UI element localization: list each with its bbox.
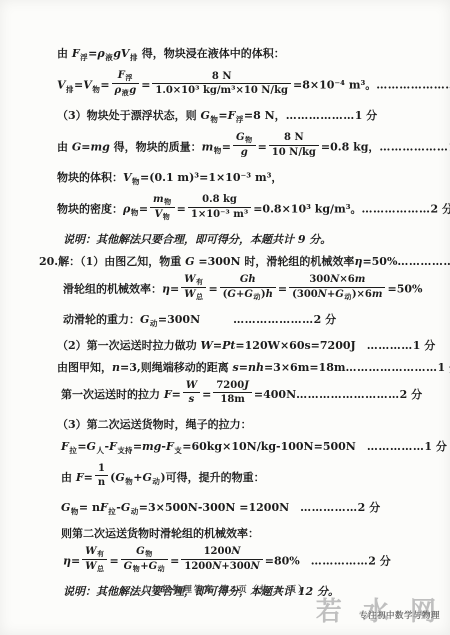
dots-leader: ………… [367,339,413,352]
subscript: 排 [130,53,138,62]
answer-line-11: （2）第一次运送时拉力做功 W=Pt=120W×60s=7200J …………1 … [57,338,438,353]
text: （2）第一次运送时拉力做功 [57,339,200,352]
math-var: ρ [115,85,122,96]
text: 由 [57,47,72,60]
answer-line-13: 第一次运送时的拉力 F=Ws=7200J18m=400N………………………2 分 [61,382,438,408]
math-var: m [372,289,383,300]
math-var: V [154,209,162,220]
math-var: h [266,289,273,300]
fraction-denominator: 10 N/kg [269,146,319,159]
text: = [278,282,287,295]
text: = [139,202,148,215]
dots-leader: ……………… [379,140,448,153]
subscript: 浮 [80,53,88,62]
text: 1200 [204,546,232,557]
fraction: 300N×6m(300N+G动)×6m [289,274,385,301]
math-var: ρ [123,202,130,215]
subscript: 物 [210,115,218,124]
subscript: 物 [132,177,140,186]
math-var: G [115,471,124,484]
fraction: Gh(G+G动)h [220,274,276,301]
math-var: nh [248,361,264,374]
text: = [213,339,222,352]
fraction-denominator: g [233,146,256,159]
subscript: 物 [214,146,222,155]
fraction-denominator: G物+G动 [121,560,168,573]
subscript: 物 [125,477,133,486]
fraction: 8 N1.0×10³ kg/m³×10 N/kg [152,71,291,97]
math-var: W [184,274,195,285]
fraction: 1200N1200N+300N [181,546,262,572]
math-var: W [186,380,197,391]
text: 1 分 [355,109,377,122]
text: = [258,140,267,153]
text: 1 分 [424,440,446,453]
fraction-denominator: W总 [82,560,107,573]
text: = [74,79,83,92]
text: = [202,388,211,401]
subscript: 物 [131,208,139,217]
math-var: g [241,147,248,158]
answer-line-5: 物块的体积：V物=(0.1 m)³=1×10⁻³ m³， [57,170,438,189]
subscript: 物 [71,507,79,516]
math-var: W [85,561,96,572]
text: = [100,79,109,92]
fraction: 0.8 kg1×10⁻³ m³ [188,194,251,220]
subscript: 支 [174,446,182,455]
fraction-numerator: 8 N [152,71,291,85]
answer-line-18: 则第二次运送货物时滑轮组的机械效率： [61,526,438,541]
answer-line-3: （3）物块处于漂浮状态，则 G物=F浮=8 N，………………1 分 [57,108,438,127]
answer-line-10: 动滑轮的重力：G动=300N …………………2 分 [63,312,438,331]
math-var: W [184,289,195,300]
subscript: 动 [253,292,260,301]
text: = [141,79,150,92]
text: （3）物块处于漂浮状态，则 [57,109,200,122]
scanned-answer-page: 由 F浮=ρ液gV排 得，物块浸在液体中的体积：V排=V物=F浮ρ液g=8 N1… [0,0,450,635]
math-var: G [87,440,96,453]
subscript: 动 [344,292,351,301]
math-var: G [72,140,81,153]
subscript: 有 [196,277,203,286]
text [289,501,300,514]
text: 2 分 [400,388,422,401]
fraction-numerator: W有 [181,274,206,288]
fraction-numerator: F浮 [112,70,140,84]
fraction: 7200J18m [213,380,252,406]
fraction-numerator: G物 [121,546,168,560]
text: 由图甲知， [57,361,112,374]
text: 得，物块浸在液体中的体积： [138,47,285,60]
subscript: 物 [145,549,152,558]
answer-line-15: F拉=G人-F支持=mg-F支=60kg×10N/kg-100N=500N ……… [61,439,438,458]
math-var: G [61,501,70,514]
fraction-denominator: 18m [213,393,252,406]
fraction: G物g [233,132,256,159]
math-var: g [129,85,136,96]
subscript: 人 [96,446,104,455]
answer-line-4: 由 G=mg 得，物块的质量：m物=G物g=8 N10 N/kg=0.8 kg，… [57,134,438,161]
subscript: 支持 [117,446,132,455]
dots-leader: …………… [367,440,425,453]
math-var: F [164,388,172,401]
math-var: F [61,440,69,453]
fraction-denominator: ρ液g [112,84,140,97]
fraction-numerator: 1 [95,463,108,477]
math-var: ρ [97,47,104,60]
text: =60kg×10N/kg-100N=500N [182,440,356,453]
dots-leader: …………… [397,255,450,268]
answer-line-17: G物= nF拉-G动=3×500N-300N =1200N ……………2 分 [61,500,438,519]
subscript: 液 [105,53,113,62]
math-var: F [76,471,84,484]
watermark: 若 水 网 专注初中数学与物理 [312,587,442,629]
math-var: F [166,440,174,453]
fraction: F浮ρ液g [112,70,140,97]
math-var: V [123,171,132,184]
subscript: 液 [122,88,129,97]
text: 说明：其他解法只要合理，即可得分，本题共计 9 分。 [63,233,331,246]
text: n [98,477,105,488]
text: =0.8×10³ kg/m³。 [253,202,361,215]
math-var: F [72,47,80,60]
fraction: G物G物+G动 [121,546,168,573]
text: 2 分 [368,554,390,567]
math-var: Gh [240,274,256,285]
math-var: G [185,255,194,268]
subscript: 拉 [69,446,77,455]
math-var: G [236,132,245,143]
text: 物块的体积： [57,171,123,184]
text: =300N 时，滑轮组的机械效率 [195,255,355,268]
text: = [84,471,93,484]
math-var: G [124,561,133,572]
math-var: F [109,440,117,453]
text [200,313,233,326]
text: 得，物块的质量： [110,140,202,153]
subscript: 动 [131,507,139,516]
text: =3,则绳端移动的距离 [120,361,233,374]
math-var: g [113,47,121,60]
subscript: 物 [133,564,140,573]
answer-line-16: 由 F=1n(G物+G动)可得，提升的物重： [61,465,438,491]
subscript: 浮 [125,73,132,82]
text: + [133,471,142,484]
fraction-denominator: 1×10⁻³ m³ [188,208,251,221]
text: = [170,554,179,567]
text: =50% [387,282,422,295]
text: 滑轮组的机械效率： [63,282,162,295]
text: 1 分 [438,361,450,374]
math-var: n [112,361,120,374]
subscript: 动 [152,477,160,486]
text: 1 [98,463,105,474]
math-var: F [118,70,125,81]
subscript: 物 [164,197,171,206]
subscript: 浮 [236,115,244,124]
fraction-denominator: 1200N+300N [181,560,262,573]
text: =8×10⁻⁴ m³。 [293,79,376,92]
text: 由 [57,140,72,153]
text: 由 [61,471,76,484]
dots-leader: ……………… [362,202,431,215]
text: 1 分 [413,339,435,352]
math-var: G [335,289,344,300]
math-var: N [212,561,221,572]
math-var: V [83,79,92,92]
text: 物块的密度： [57,202,123,215]
subscript: 物 [92,85,100,94]
math-var: G [140,313,149,326]
math-var: N [251,561,260,572]
math-var: m [202,140,214,153]
fraction-denominator: s [183,393,200,406]
text: =8 N， [244,109,286,122]
fraction-numerator: Gh [220,274,276,288]
text: 动滑轮的重力： [63,313,140,326]
math-var: Pt [222,339,235,352]
text: =300N [158,313,200,326]
text: + [140,561,148,572]
text: =80% [265,554,300,567]
math-var: η [63,554,71,567]
text: = [218,109,227,122]
fraction: W有W总 [181,274,206,301]
math-var: mg [142,440,161,453]
math-var: G [200,109,209,122]
text: 1.0×10³ kg/m³×10 N/kg [155,85,288,96]
text: 10 N/kg [272,147,316,158]
math-var: F [228,109,236,122]
text: 第一次运送时的拉力 [61,388,164,401]
text: 2 分 [358,501,380,514]
text: 8 N [284,132,304,143]
text: = [133,440,142,453]
subscript: 物 [163,212,170,221]
text: （1）由图乙知，物重 [80,255,185,268]
math-var: G [143,471,152,484]
answer-line-9: 滑轮组的机械效率：η=W有W总=Gh(G+G动)h=300N×6m(300N+G… [63,276,438,303]
math-var: G [121,501,130,514]
fraction-numerator: 8 N [269,132,319,146]
math-var: η [162,282,170,295]
fraction: 8 N10 N/kg [269,132,319,158]
text: =50% [362,255,397,268]
text: = [71,554,80,567]
fraction-denominator: 1.0×10³ kg/m³×10 N/kg [152,84,291,97]
dots-leader: ……………… [286,109,355,122]
text: = [88,47,97,60]
text: +300 [221,561,250,572]
text: =(0.1 m)³=1×10⁻³ m³， [140,171,282,184]
subscript: 物 [245,135,252,144]
text: =3×500N-300N =1200N [139,501,289,514]
math-var: G [227,289,236,300]
text: (300 [292,289,318,300]
math-var: N [318,289,327,300]
math-var: W [85,546,96,557]
dots-leader: ………………… [233,313,314,326]
text: )可得，提升的物重： [160,471,264,484]
math-var: mg [90,140,109,153]
text [356,339,367,352]
answer-line-19: η=W有W总=G物G物+G动=1200N1200N+300N=80% ……………… [63,548,438,575]
fraction-denominator: (G+G动)h [220,288,276,301]
math-var: s [189,394,195,405]
math-var: G [149,561,158,572]
answer-line-7: 说明：其他解法只要合理，即可得分，本题共计 9 分。 [63,232,438,247]
subscript: 总 [196,292,203,301]
text [356,440,367,453]
text: ×6 [339,274,354,285]
fraction-numerator: m物 [150,194,175,208]
math-var: W [200,339,212,352]
text: 则第二次运送货物时滑轮组的机械效率： [61,527,259,540]
text: + [327,289,335,300]
subscript: 排 [66,85,74,94]
text: = n [79,501,100,514]
subscript: 动 [150,319,158,328]
fraction-numerator: W [183,380,200,394]
answer-content: 由 F浮=ρ液gV排 得，物块浸在液体中的体积：V排=V物=F浮ρ液g=8 N1… [57,46,438,606]
text: （3）第二次运送货物时，绳子的拉力： [57,418,252,431]
text: = [77,440,86,453]
text: 300 [309,274,330,285]
bold-label: 20.解： [39,255,80,268]
text: =0.8 kg， [321,140,380,153]
answer-line-8: 20.解：（1）由图乙知，物重 G =300N 时，滑轮组的机械效率η=50%…… [39,254,438,269]
fraction-numerator: W有 [82,546,107,560]
fraction-numerator: 0.8 kg [188,194,251,208]
subscript: 动 [158,564,165,573]
dots-leader: ………………… [376,79,450,92]
subscript: 总 [97,564,104,573]
text: = [222,140,231,153]
fraction: W有W总 [82,546,107,573]
math-var: F [100,501,108,514]
fraction-denominator: W总 [181,288,206,301]
dots-leader: ……………………… [296,388,400,401]
dots-leader: …………………… [346,361,438,374]
math-var: V [57,79,66,92]
fraction-numerator: 7200J [213,380,252,394]
fraction-denominator: (300N+G动)×6m [289,288,385,301]
text: = [109,554,118,567]
fraction-denominator: n [95,476,108,489]
math-var: N [330,274,339,285]
answer-line-6: 物块的密度：ρ物=m物V物=0.8 kg1×10⁻³ m³=0.8×10³ kg… [57,196,438,223]
text: = [239,361,248,374]
math-var: N [231,546,240,557]
text: = [177,202,186,215]
fraction-numerator: 300N×6m [289,274,385,288]
answer-line-14: （3）第二次运送货物时，绳子的拉力： [57,417,438,432]
dots-leader: …………… [300,501,358,514]
subscript: 拉 [108,507,116,516]
math-var: m [153,194,164,205]
subscript: 有 [97,549,104,558]
text: 1×10⁻³ m³ [191,209,248,220]
math-var: G [244,289,253,300]
text: = [172,388,181,401]
fraction: Ws [183,380,200,406]
dots-leader: …………… [311,554,369,567]
text: = [170,282,179,295]
answer-line-2: V排=V物=F浮ρ液g=8 N1.0×10³ kg/m³×10 N/kg=8×1… [57,72,438,99]
math-var: J [244,380,249,391]
fraction: m物V物 [150,194,175,221]
fraction-numerator: 1200N [181,546,262,560]
answer-line-12: 由图甲知，n=3,则绳端移动的距离 s=nh=3×6m=18m……………………1… [57,360,438,375]
answer-line-1: 由 F浮=ρ液gV排 得，物块浸在液体中的体积： [57,46,438,65]
fraction: 1n [95,463,108,489]
math-var: m [355,274,366,285]
watermark-tagline: 专注初中数学与物理 [359,609,440,621]
math-var: G [136,546,145,557]
text [300,554,311,567]
text: 18m [220,394,245,405]
fraction-numerator: G物 [233,132,256,146]
fraction-denominator: V物 [150,208,175,221]
text: 1200 [184,561,212,572]
text: = [208,282,217,295]
text: 2 分 [314,313,336,326]
text: 2 分 [431,202,450,215]
text: =3×6m=18m [264,361,346,374]
text: 8 N [212,71,232,82]
text: =400N [254,388,296,401]
text: 7200 [216,380,244,391]
text: =120W×60s=7200J [235,339,355,352]
text: 0.8 kg [202,194,237,205]
math-var: V [121,47,130,60]
text: )×6 [352,289,372,300]
